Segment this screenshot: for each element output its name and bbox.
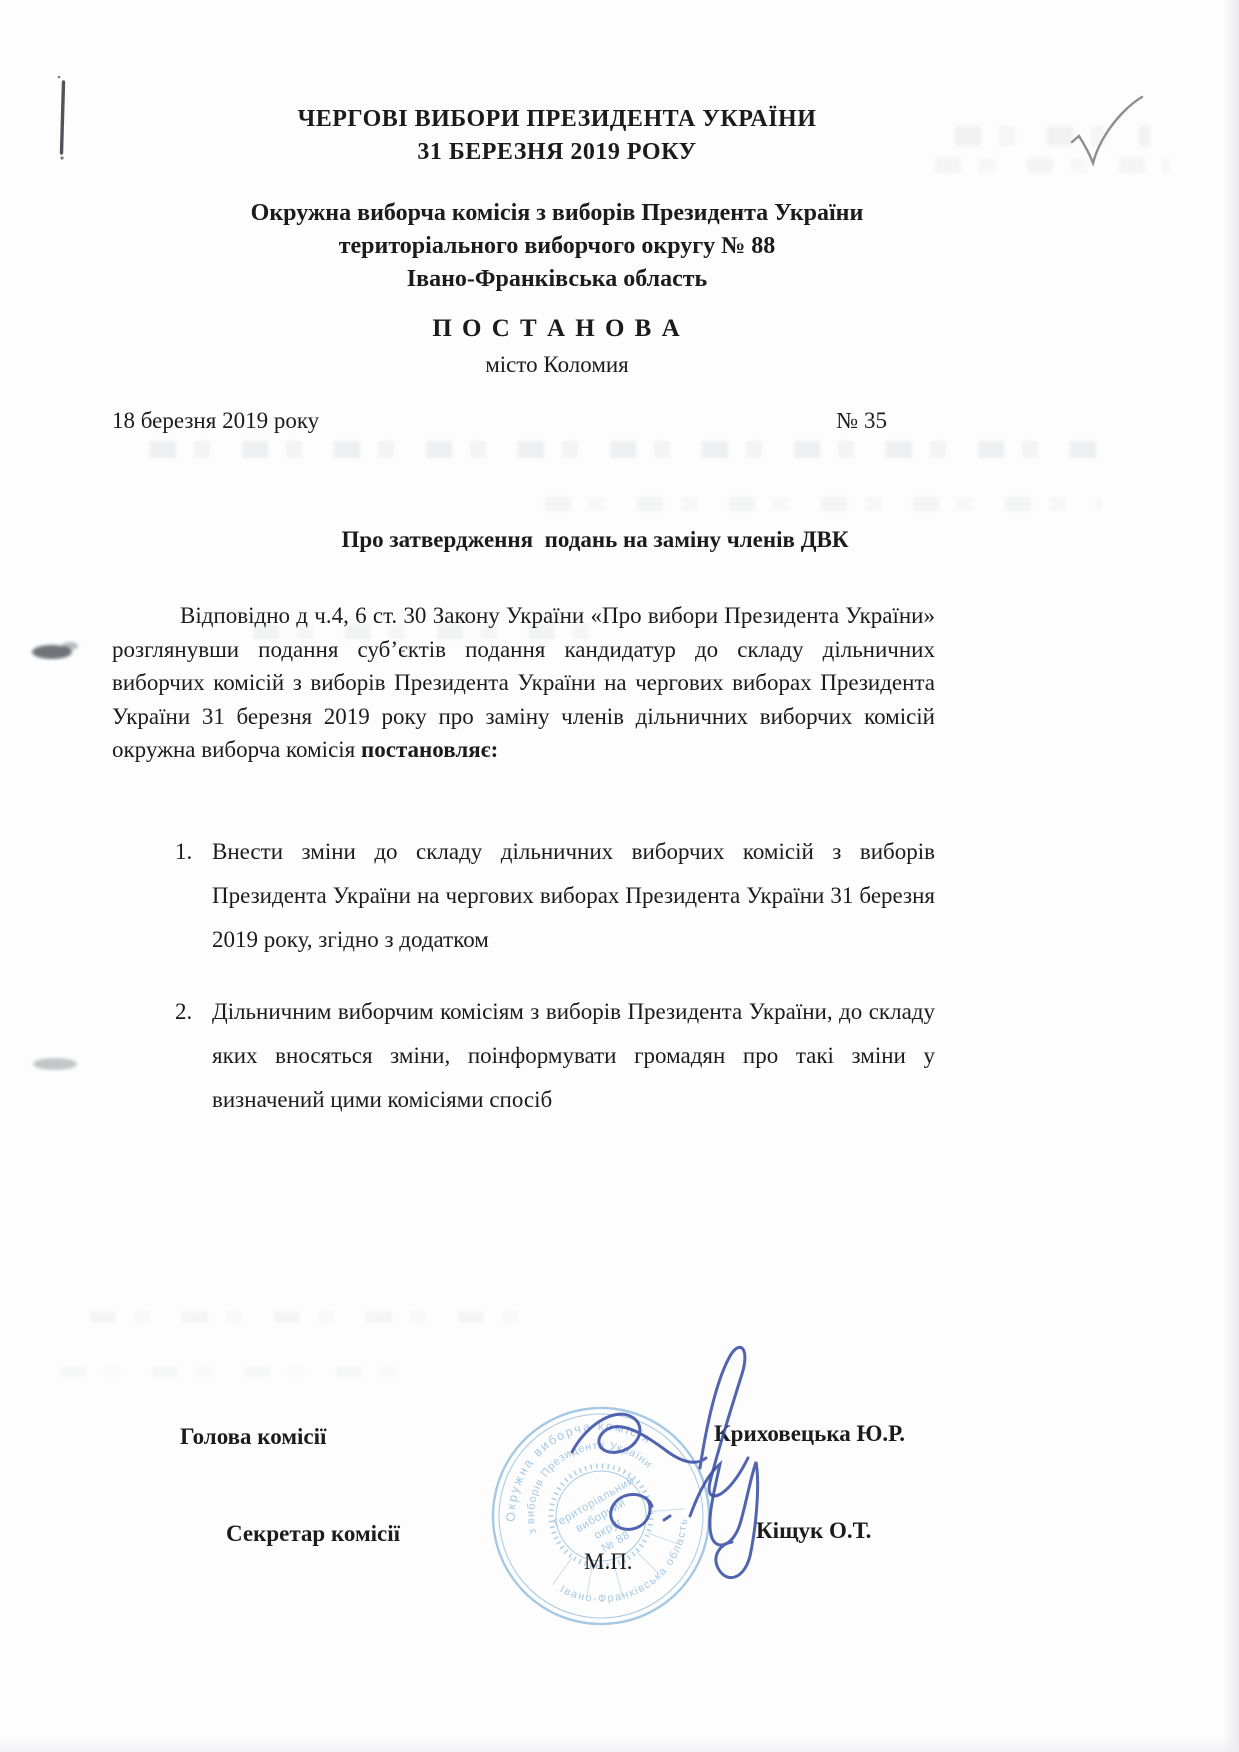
resolution-list: 1. Внести зміни до складу дільничних виб… — [175, 830, 935, 1122]
svg-text:з виборів Президента України: з виборів Президента України — [499, 1413, 656, 1538]
doc-number: № 35 — [836, 408, 887, 434]
preamble-bold-word: постановляє: — [361, 737, 498, 762]
bleedthrough-artifact — [60, 1366, 400, 1377]
commission-line2: територіального виборчого округу № 88 — [112, 230, 1002, 263]
svg-text:Територіальний: Територіальний — [550, 1475, 636, 1532]
list-item: 2. Дільничним виборчим комісіям з виборі… — [175, 990, 935, 1122]
official-stamp: Окружна виборча комісія з виборів Презид… — [453, 1368, 748, 1663]
preamble-paragraph: Відповідно д ч.4, 6 ст. 30 Закону Україн… — [112, 599, 935, 767]
svg-text:виборчий: виборчий — [574, 1497, 628, 1535]
item-number: 2. — [175, 990, 212, 1122]
signature-role-secretary: Секретар комісії — [226, 1521, 400, 1547]
svg-text:Окружна виборча комісія: Окружна виборча комісія — [477, 1388, 658, 1527]
election-header-line1: ЧЕРГОВІ ВИБОРИ ПРЕЗИДЕНТА УКРАЇНИ — [112, 103, 1002, 136]
ink-smudge — [33, 1058, 77, 1070]
signature-role-head: Голова комісії — [180, 1424, 326, 1450]
staple-mark — [58, 76, 64, 160]
signature-ink-secretary — [611, 1462, 758, 1578]
stamp-ring-text-top: Окружна виборча комісія — [477, 1388, 658, 1527]
stamp-ring-text-inner: з виборів Президента України — [499, 1413, 656, 1538]
doc-subject: Про затвердження подань на заміну членів… — [150, 527, 1040, 553]
signature-name-secretary: Кіщук О.Т. — [756, 1518, 871, 1544]
preamble-text: Відповідно д ч.4, 6 ст. 30 Закону Україн… — [112, 603, 935, 762]
seal-place-mark: М.П. — [584, 1549, 633, 1575]
item-text: Дільничним виборчим комісіям з виборів П… — [212, 990, 935, 1122]
commission-name: Окружна виборча комісія з виборів Презид… — [112, 197, 1002, 296]
doc-place: місто Коломия — [112, 352, 1002, 378]
doc-type-heading: П О С Т А Н О В А — [112, 315, 1002, 343]
svg-text:округ: округ — [592, 1516, 625, 1542]
stamp-ring-text-bottom: Івано-Франківська область — [555, 1512, 712, 1631]
date-number-row: 18 березня 2019 року № 35 — [112, 408, 935, 434]
svg-text:Івано-Франківська область: Івано-Франківська область — [555, 1512, 712, 1631]
commission-line1: Окружна виборча комісія з виборів Презид… — [112, 197, 1002, 230]
election-header: ЧЕРГОВІ ВИБОРИ ПРЕЗИДЕНТА УКРАЇНИ 31 БЕР… — [112, 103, 1002, 169]
page-edge-shade — [1223, 0, 1239, 1752]
commission-line3: Івано-Франківська область — [112, 263, 1002, 296]
signature-name-head: Криховецька Ю.Р. — [714, 1421, 905, 1447]
bleedthrough-artifact — [545, 497, 1100, 511]
doc-date: 18 березня 2019 року — [112, 408, 319, 434]
scanned-document-page: ЧЕРГОВІ ВИБОРИ ПРЕЗИДЕНТА УКРАЇНИ 31 БЕР… — [0, 0, 1239, 1752]
page-edge-shade — [0, 1738, 1239, 1752]
election-header-line2: 31 БЕРЕЗНЯ 2019 РОКУ — [112, 136, 1002, 169]
bleedthrough-artifact — [150, 441, 1100, 458]
bleedthrough-artifact — [90, 1311, 520, 1323]
item-number: 1. — [175, 830, 212, 962]
ink-smudge — [32, 642, 78, 659]
item-text: Внести зміни до складу дільничних виборч… — [212, 830, 935, 962]
list-item: 1. Внести зміни до складу дільничних виб… — [175, 830, 935, 962]
